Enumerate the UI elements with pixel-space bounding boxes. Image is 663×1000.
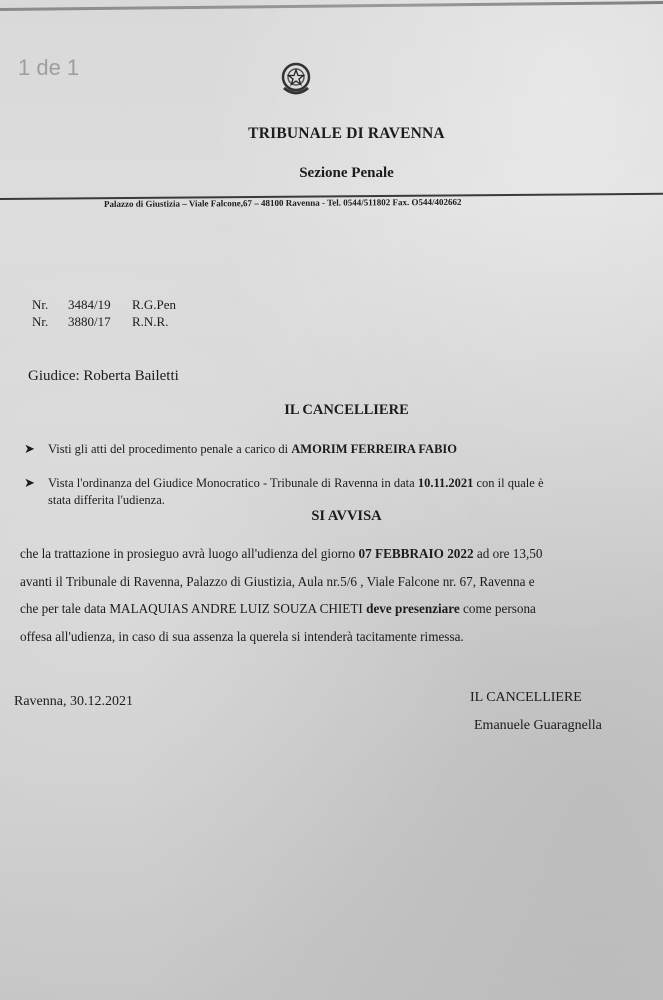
bullet-text: con il quale è	[473, 476, 543, 490]
judge-name: Giudice: Roberta Bailetti	[28, 368, 179, 385]
obligation-text: deve presenziare	[366, 601, 460, 616]
ref-number: 3880/17	[68, 313, 132, 330]
issuer-heading: IL CANCELLIERE	[0, 402, 663, 419]
bullet-text: Visti gli atti del procedimento penale a…	[48, 442, 291, 456]
bullet-item: ➤Vista l'ordinanza del Giudice Monocrati…	[24, 474, 654, 509]
body-line: offesa all'udienza, in caso di sua assen…	[20, 623, 660, 651]
defendant-name: AMORIM FERREIRA FABIO	[291, 442, 457, 456]
ref-label: Nr.	[32, 296, 68, 313]
body-text: come persona	[460, 601, 536, 616]
court-name: TRIBUNALE DI RAVENNA	[0, 125, 663, 143]
bullet-text: Vista l'ordinanza del Giudice Monocratic…	[48, 476, 418, 490]
italian-republic-emblem-icon	[278, 60, 314, 100]
body-text: che la trattazione in prosieguo avrà luo…	[20, 546, 359, 561]
ref-number: 3484/19	[68, 296, 132, 313]
bullet-item: ➤Visti gli atti del procedimento penale …	[24, 440, 654, 458]
body-line: che la trattazione in prosieguo avrà luo…	[20, 540, 660, 568]
hearing-date: 07 FEBBRAIO 2022	[359, 546, 474, 561]
ref-register: R.N.R.	[132, 313, 168, 330]
signer-title: IL CANCELLIERE	[470, 690, 582, 706]
order-date: 10.11.2021	[418, 476, 474, 490]
ref-register: R.G.Pen	[132, 296, 176, 313]
case-reference-row: Nr.3880/17R.N.R.	[32, 313, 176, 330]
notice-heading: SI AVVISA	[0, 508, 663, 525]
signer-name: Emanuele Guaragnella	[474, 718, 602, 734]
page-counter: 1 de 1	[18, 55, 79, 81]
case-references: Nr.3484/19R.G.Pen Nr.3880/17R.N.R.	[32, 296, 176, 330]
case-reference-row: Nr.3484/19R.G.Pen	[32, 296, 176, 313]
court-section: Sezione Penale	[0, 165, 663, 182]
paper-top-edge	[0, 1, 663, 11]
body-line: avanti il Tribunale di Ravenna, Palazzo …	[20, 568, 660, 596]
ref-label: Nr.	[32, 313, 68, 330]
notice-body: che la trattazione in prosieguo avrà luo…	[20, 540, 660, 650]
injured-party: che per tale data MALAQUIAS ANDRE LUIZ S…	[20, 601, 366, 616]
bullet-continuation: stata differita l'udienza.	[24, 492, 654, 509]
body-line: che per tale data MALAQUIAS ANDRE LUIZ S…	[20, 595, 660, 623]
court-address: Palazzo di Giustizia – Viale Falcone,67 …	[104, 197, 462, 209]
arrow-bullet-icon: ➤	[24, 440, 48, 457]
place-and-date: Ravenna, 30.12.2021	[14, 694, 133, 710]
arrow-bullet-icon: ➤	[24, 474, 48, 491]
hearing-time: ad ore 13,50	[474, 546, 543, 561]
